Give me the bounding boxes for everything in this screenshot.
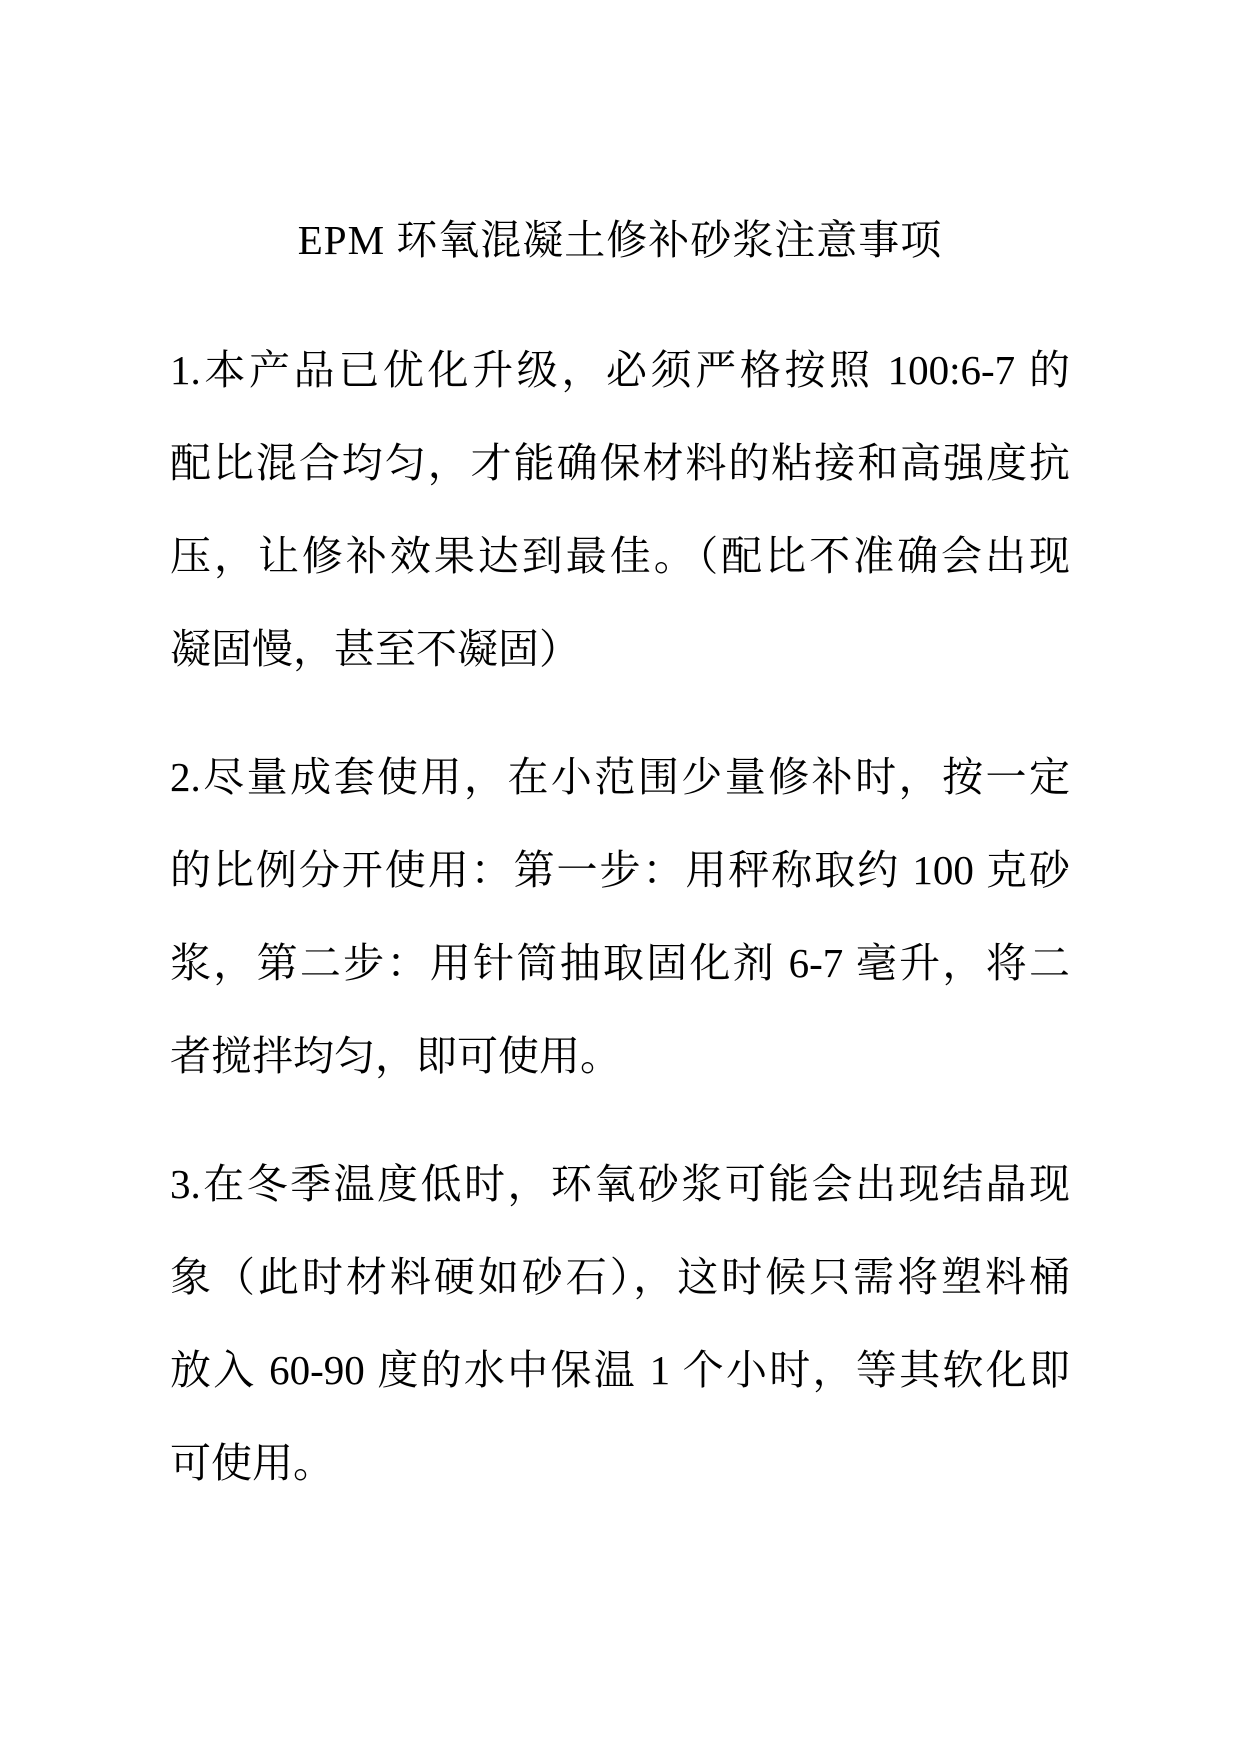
paragraph-2-line-4: 者搅拌均匀，即可使用。 bbox=[170, 1010, 1070, 1103]
document-body: 1.本产品已优化升级，必须严格按照 100:6-7 的 配比混合均匀，才能确保材… bbox=[170, 324, 1070, 1510]
paragraph-2-line-3: 浆，第二步：用针筒抽取固化剂 6-7 毫升，将二 bbox=[170, 917, 1070, 1010]
document-page: EPM 环氧混凝土修补砂浆注意事项 1.本产品已优化升级，必须严格按照 100:… bbox=[0, 0, 1240, 1754]
paragraph-1: 1.本产品已优化升级，必须严格按照 100:6-7 的 配比混合均匀，才能确保材… bbox=[170, 324, 1070, 696]
paragraph-2: 2.尽量成套使用，在小范围少量修补时，按一定 的比例分开使用：第一步：用秤称取约… bbox=[170, 731, 1070, 1103]
paragraph-3-line-1: 3.在冬季温度低时，环氧砂浆可能会出现结晶现 bbox=[170, 1138, 1070, 1231]
paragraph-3-line-4: 可使用。 bbox=[170, 1417, 1070, 1510]
paragraph-1-line-2: 配比混合均匀，才能确保材料的粘接和高强度抗 bbox=[170, 417, 1070, 510]
paragraph-2-line-2: 的比例分开使用：第一步：用秤称取约 100 克砂 bbox=[170, 824, 1070, 917]
paragraph-1-line-4: 凝固慢，甚至不凝固） bbox=[170, 603, 1070, 696]
paragraph-3: 3.在冬季温度低时，环氧砂浆可能会出现结晶现 象（此时材料硬如砂石），这时候只需… bbox=[170, 1138, 1070, 1510]
paragraph-1-line-3: 压，让修补效果达到最佳。（配比不准确会出现 bbox=[170, 510, 1070, 603]
paragraph-1-line-1: 1.本产品已优化升级，必须严格按照 100:6-7 的 bbox=[170, 324, 1070, 417]
paragraph-2-line-1: 2.尽量成套使用，在小范围少量修补时，按一定 bbox=[170, 731, 1070, 824]
document-title: EPM 环氧混凝土修补砂浆注意事项 bbox=[0, 211, 1240, 269]
paragraph-3-line-2: 象（此时材料硬如砂石），这时候只需将塑料桶 bbox=[170, 1231, 1070, 1324]
paragraph-3-line-3: 放入 60-90 度的水中保温 1 个小时，等其软化即 bbox=[170, 1324, 1070, 1417]
